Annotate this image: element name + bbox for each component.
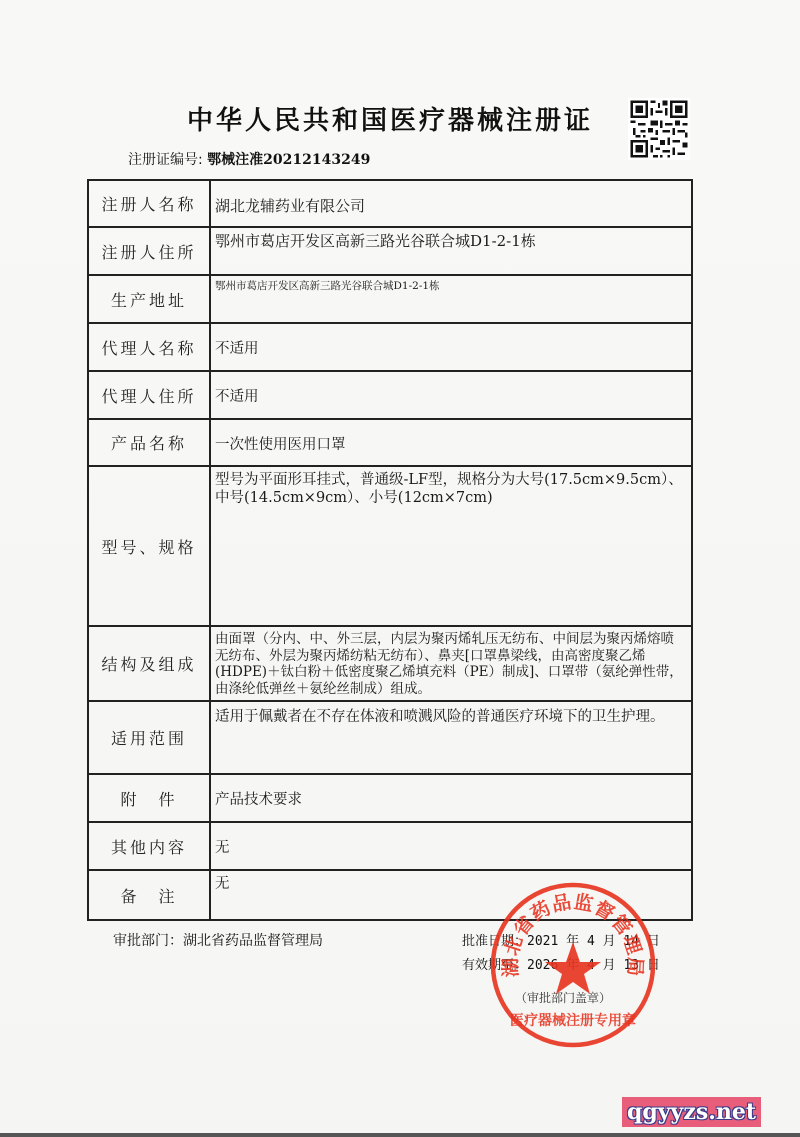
row-label: 其他内容	[88, 822, 210, 870]
table-row: 代理人住所 不适用	[88, 371, 692, 419]
site-watermark: qgyyzs.net	[622, 1097, 761, 1127]
row-label: 代理人住所	[88, 371, 210, 419]
qr-code-icon	[628, 98, 690, 160]
row-value: 不适用	[210, 371, 692, 419]
row-label: 备 注	[88, 870, 210, 920]
table-row: 适用范围 适用于佩戴者在不存在体液和喷溅风险的普通医疗环境下的卫生护理。	[88, 701, 692, 774]
scan-edge	[0, 1133, 800, 1137]
row-label: 附 件	[88, 774, 210, 822]
row-label: 适用范围	[88, 701, 210, 774]
certificate-page: 中华人民共和国医疗器械注册证 注册证编号: 鄂械注准20212143249	[0, 0, 800, 1137]
row-label: 产品名称	[88, 419, 210, 466]
valid-until-date: 有效期至：2026 年 4 月 13 日	[462, 954, 660, 978]
table-row: 生产地址 鄂州市葛店开发区高新三路光谷联合城D1-2-1栋	[88, 275, 692, 323]
table-row: 附 件 产品技术要求	[88, 774, 692, 822]
row-value: 无	[210, 822, 692, 870]
row-value: 适用于佩戴者在不存在体液和喷溅风险的普通医疗环境下的卫生护理。	[210, 701, 692, 774]
row-label: 注册人住所	[88, 227, 210, 275]
registration-number-label: 注册证编号:	[128, 152, 203, 168]
seal-note: （审批部门盖章）	[515, 989, 611, 1006]
table-row: 注册人名称 湖北龙辅药业有限公司	[88, 180, 692, 227]
document-title: 中华人民共和国医疗器械注册证	[150, 100, 630, 137]
row-value: 鄂州市葛店开发区高新三路光谷联合城D1-2-1栋	[210, 227, 692, 275]
registration-number-value: 鄂械注准20212143249	[207, 152, 370, 168]
row-value: 产品技术要求	[210, 774, 692, 822]
table-row: 备 注 无	[88, 870, 692, 920]
table-row: 型号、规格 型号为平面形耳挂式，普通级-LF型，规格分为大号(17.5cm×9.…	[88, 466, 692, 626]
row-value: 不适用	[210, 323, 692, 371]
row-value: 鄂州市葛店开发区高新三路光谷联合城D1-2-1栋	[210, 275, 692, 323]
approving-authority: 审批部门：湖北省药品监督管理局	[113, 930, 323, 950]
seal-bottom-text: 医疗器械注册专用章	[510, 1012, 636, 1029]
certificate-table: 注册人名称 湖北龙辅药业有限公司 注册人住所 鄂州市葛店开发区高新三路光谷联合城…	[87, 179, 693, 921]
row-label: 生产地址	[88, 275, 210, 323]
registration-number: 注册证编号: 鄂械注准20212143249	[128, 149, 370, 169]
table-row: 注册人住所 鄂州市葛店开发区高新三路光谷联合城D1-2-1栋	[88, 227, 692, 275]
table-row: 结构及组成 由面罩（分内、中、外三层，内层为聚丙烯轧压无纺布、中间层为聚丙烯熔喷…	[88, 626, 692, 701]
row-value: 无	[210, 870, 692, 920]
table-row: 代理人名称 不适用	[88, 323, 692, 371]
row-label: 型号、规格	[88, 466, 210, 626]
row-label: 结构及组成	[88, 626, 210, 701]
row-value: 一次性使用医用口罩	[210, 419, 692, 466]
row-value: 湖北龙辅药业有限公司	[210, 180, 692, 227]
approval-date: 批准日期：2021 年 4 月 14 日	[462, 930, 660, 954]
row-label: 代理人名称	[88, 323, 210, 371]
row-label: 注册人名称	[88, 180, 210, 227]
validity-dates: 批准日期：2021 年 4 月 14 日 有效期至：2026 年 4 月 13 …	[462, 930, 660, 978]
table-row: 其他内容 无	[88, 822, 692, 870]
table-row: 产品名称 一次性使用医用口罩	[88, 419, 692, 466]
row-value: 由面罩（分内、中、外三层，内层为聚丙烯轧压无纺布、中间层为聚丙烯熔喷无纺布、外层…	[210, 626, 692, 701]
row-value: 型号为平面形耳挂式，普通级-LF型，规格分为大号(17.5cm×9.5cm）、中…	[210, 466, 692, 626]
